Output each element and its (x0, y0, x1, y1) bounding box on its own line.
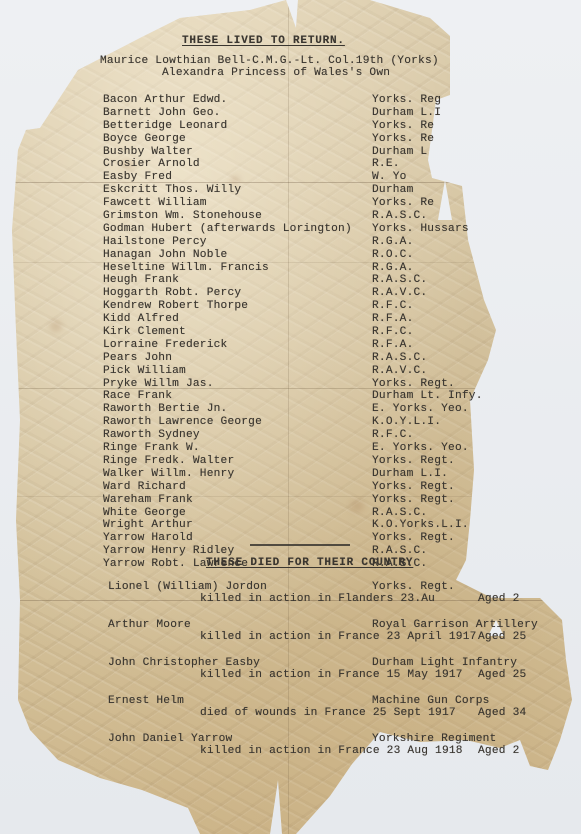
returned-entry-name: Pears John (103, 352, 352, 365)
returned-entry-unit: Durham L (372, 146, 483, 159)
returned-entry-name: Pryke Willm Jas. (103, 378, 352, 391)
returned-entry-name: Betteridge Leonard (103, 120, 352, 133)
returned-entry-name: Hanagan John Noble (103, 249, 352, 262)
returned-entry-unit: R.A.V.C. (372, 365, 483, 378)
stain (50, 320, 62, 332)
returned-entry-name: Ringe Frank W. (103, 442, 352, 455)
section-heading-died: THESE DIED FOR THEIR COUNTRY (206, 557, 413, 570)
returned-entry-name: Pick William (103, 365, 352, 378)
returned-entry-unit: Yorks. Regt. (372, 481, 483, 494)
returned-entry-name: Raworth Bertie Jn. (103, 403, 352, 416)
returned-entry-unit: K.O.Y.L.I. (372, 416, 483, 429)
returned-entry-unit: Yorks. Regt. (372, 378, 483, 391)
returned-entry-unit: Yorks. Hussars (372, 223, 483, 236)
died-entry-detail: killed in action in Flanders 23.Au (200, 593, 435, 606)
returned-entry-unit: R.F.C. (372, 326, 483, 339)
returned-entry-name: Ward Richard (103, 481, 352, 494)
died-entry-unit: Yorks. Regt. (372, 581, 455, 594)
returned-entry-name: Hailstone Percy (103, 236, 352, 249)
returned-entry-unit: R.F.A. (372, 313, 483, 326)
returned-entry-unit: Yorks. Regt. (372, 532, 483, 545)
died-entry-name: Lionel (William) Jordon (108, 581, 267, 594)
died-entry-age: Aged 25 (478, 669, 526, 682)
returned-entry-unit: K.O.Yorks.L.I. (372, 519, 483, 532)
stain (350, 500, 364, 512)
returned-entry-unit: Yorks. Regt. (372, 494, 483, 507)
returned-entry-unit: R.F.C. (372, 300, 483, 313)
returned-entry-name: Barnett John Geo. (103, 107, 352, 120)
officer-regiment-line: Alexandra Princess of Wales's Own (162, 67, 390, 80)
returned-entry-name: Grimston Wm. Stonehouse (103, 210, 352, 223)
returned-entry-unit: Durham Lt. Infy. (372, 390, 483, 403)
officer-line: Maurice Lowthian Bell-C.M.G.-Lt. Col.19t… (100, 55, 439, 68)
returned-entry-unit: R.F.A. (372, 339, 483, 352)
returned-entry-unit: R.A.S.C. (372, 274, 483, 287)
died-entry-age: Aged 2 (478, 593, 519, 606)
returned-names-column: Bacon Arthur Edwd.Barnett John Geo.Bette… (103, 94, 352, 571)
died-entry-unit: Durham Light Infantry (372, 657, 517, 670)
returned-entry-name: Raworth Lawrence George (103, 416, 352, 429)
returned-entry-name: Kendrew Robert Thorpe (103, 300, 352, 313)
returned-entry-name: Bacon Arthur Edwd. (103, 94, 352, 107)
returned-entry-unit: Yorks. Re (372, 133, 483, 146)
returned-entry-name: Boyce George (103, 133, 352, 146)
returned-entry-unit: Durham L.I. (372, 468, 483, 481)
returned-entry-unit: R.G.A. (372, 236, 483, 249)
returned-entry-name: Walker Willm. Henry (103, 468, 352, 481)
returned-entry-unit: E. Yorks. Yeo. (372, 403, 483, 416)
returned-entry-name: Kidd Alfred (103, 313, 352, 326)
returned-entry-unit: Yorks. Re (372, 197, 483, 210)
returned-entry-name: Kirk Clement (103, 326, 352, 339)
returned-entry-name: Eskcritt Thos. Willy (103, 184, 352, 197)
returned-entry-unit: R.G.A. (372, 262, 483, 275)
returned-entry-unit: Durham (372, 184, 483, 197)
returned-entry-name: Godman Hubert (afterwards Lorington) (103, 223, 352, 236)
returned-entry-name: White George (103, 507, 352, 520)
died-entry-unit: Yorkshire Regiment (372, 733, 496, 746)
died-entry-detail: killed in action in France 15 May 1917 (200, 669, 463, 682)
returned-entry-unit: Yorks. Reg (372, 94, 483, 107)
died-entry-unit: Machine Gun Corps (372, 695, 490, 708)
died-entry-name: John Christopher Easby (108, 657, 260, 670)
returned-entry-unit: R.O.C. (372, 249, 483, 262)
section-heading-returned: THESE LIVED TO RETURN. (182, 35, 345, 48)
returned-entry-name: Heugh Frank (103, 274, 352, 287)
returned-entry-name: Fawcett William (103, 197, 352, 210)
died-entry-name: John Daniel Yarrow (108, 733, 232, 746)
returned-entry-name: Crosier Arnold (103, 158, 352, 171)
returned-entry-name: Raworth Sydney (103, 429, 352, 442)
died-entry-age: Aged 25 (478, 631, 526, 644)
died-entry-unit: Royal Garrison Artillery (372, 619, 538, 632)
died-entry-age: Aged 34 (478, 707, 526, 720)
died-entry-name: Arthur Moore (108, 619, 191, 632)
returned-entry-name: Wareham Frank (103, 494, 352, 507)
died-entry-detail: died of wounds in France 25 Sept 1917 (200, 707, 456, 720)
returned-entry-unit: R.A.S.C. (372, 507, 483, 520)
returned-entry-unit: Yorks. Regt. (372, 455, 483, 468)
section-divider (250, 544, 350, 546)
returned-entry-unit: E. Yorks. Yeo. (372, 442, 483, 455)
returned-entry-unit: R.A.S.C. (372, 210, 483, 223)
returned-entry-name: Wright Arthur (103, 519, 352, 532)
returned-entry-unit: W. Yo (372, 171, 483, 184)
returned-entry-unit: R.F.C. (372, 429, 483, 442)
returned-entry-unit: R.E. (372, 158, 483, 171)
returned-entry-name: Ringe Fredk. Walter (103, 455, 352, 468)
returned-entry-unit: Yorks. Re (372, 120, 483, 133)
returned-entry-name: Bushby Walter (103, 146, 352, 159)
returned-entry-name: Hoggarth Robt. Percy (103, 287, 352, 300)
returned-entry-name: Easby Fred (103, 171, 352, 184)
returned-entry-unit: Durham L.I (372, 107, 483, 120)
returned-units-column: Yorks. RegDurham L.IYorks. ReYorks. ReDu… (372, 94, 483, 571)
returned-entry-name: Heseltine Willm. Francis (103, 262, 352, 275)
died-entry-detail: killed in action in France 23 April 1917 (200, 631, 477, 644)
returned-entry-unit: R.A.S.C. (372, 352, 483, 365)
returned-entry-name: Race Frank (103, 390, 352, 403)
died-entry-detail: killed in action in France 23 Aug 1918 (200, 745, 463, 758)
died-entry-name: Ernest Helm (108, 695, 184, 708)
returned-entry-unit: R.A.V.C. (372, 287, 483, 300)
died-entry-age: Aged 2 (478, 745, 519, 758)
returned-entry-name: Lorraine Frederick (103, 339, 352, 352)
